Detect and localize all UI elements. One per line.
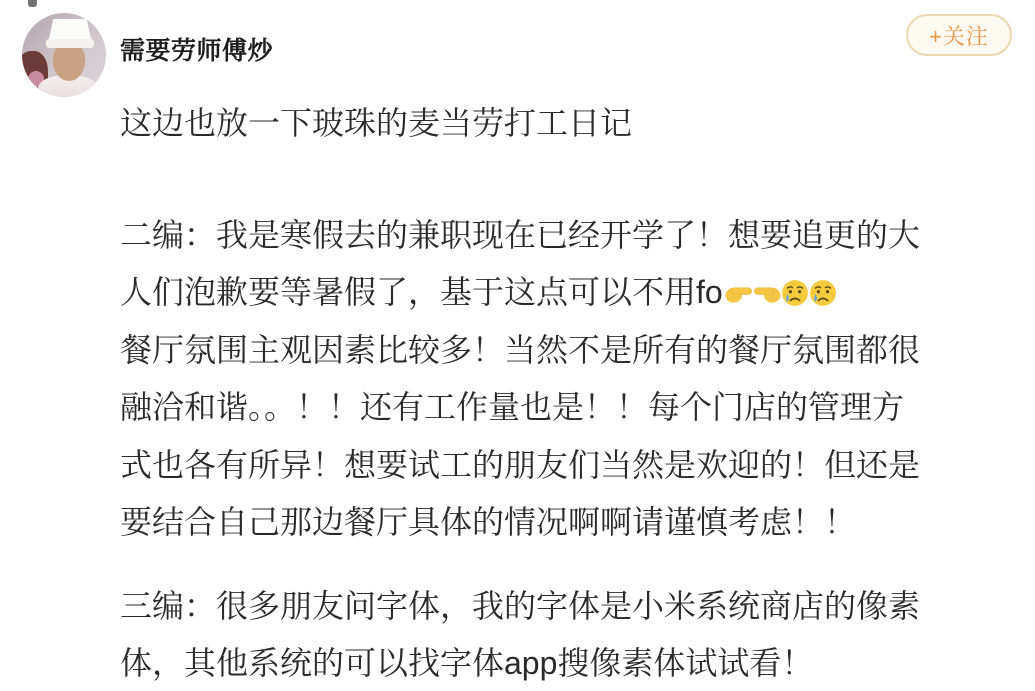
text-line: 式也各有所异！想要试工的朋友们当然是欢迎的！但还是: [120, 437, 965, 495]
username[interactable]: 需要劳师傅炒: [120, 31, 273, 67]
post-paragraph: 三编：很多朋友问字体，我的字体是小米系统商店的像素 体，其他系统的可以找字体ap…: [120, 578, 965, 691]
follow-button[interactable]: +关注: [906, 14, 1012, 56]
chef-hat-art: [46, 39, 94, 48]
emoji-sequence: [726, 278, 838, 308]
text-line: 餐厅氛围主观因素比较多！当然不是所有的餐厅氛围都很: [120, 322, 965, 380]
crying-face-emoji: [780, 278, 810, 308]
text-line-with-emoji: 人们泡歉要等暑假了，基于这点可以不用fo: [120, 264, 965, 322]
post-card: 需要劳师傅炒 +关注 这边也放一下玻珠的麦当劳打工日记 二编：我是寒假去的兼职现…: [0, 0, 1035, 691]
text-line: 要结合自己那边餐厅具体的情况啊啊请谨慎考虑！！: [120, 494, 965, 552]
text-line: 融洽和谐。。！！还有工作量也是！！每个门店的管理方: [120, 379, 965, 437]
text-line: 二编：我是寒假去的兼职现在已经开学了！想要追更的大: [120, 207, 965, 265]
post-paragraph: 这边也放一下玻珠的麦当劳打工日记: [120, 95, 965, 153]
post-content: 这边也放一下玻珠的麦当劳打工日记 二编：我是寒假去的兼职现在已经开学了！想要追更…: [120, 95, 965, 691]
cropped-edge-mark: [28, 0, 37, 7]
crying-face-emoji: [808, 278, 838, 308]
point-left-emoji: [752, 278, 782, 308]
text-line: 体，其他系统的可以找字体app搜像素体试试看！: [120, 635, 965, 691]
post-paragraph: 二编：我是寒假去的兼职现在已经开学了！想要追更的大 人们泡歉要等暑假了，基于这点…: [120, 207, 965, 552]
text-line: 三编：很多朋友问字体，我的字体是小米系统商店的像素: [120, 578, 965, 636]
text-line: 这边也放一下玻珠的麦当劳打工日记: [120, 95, 965, 153]
avatar[interactable]: [22, 13, 106, 97]
point-right-emoji: [724, 278, 754, 308]
follow-button-label: +关注: [929, 20, 989, 51]
text-line: 人们泡歉要等暑假了，基于这点可以不用fo: [120, 274, 723, 310]
